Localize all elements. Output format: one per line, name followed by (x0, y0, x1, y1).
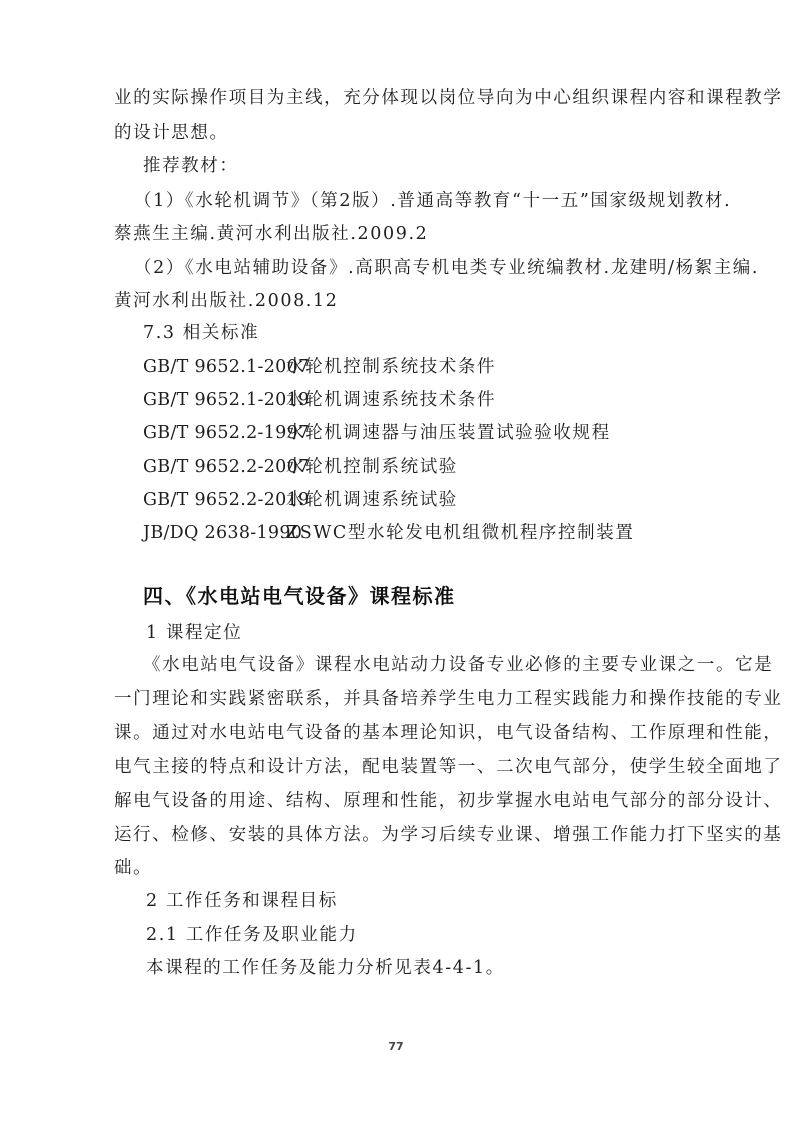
standard-item: GB/T 9652.2-2007水轮机控制系统试验 (143, 456, 458, 478)
subsection-heading: 2.1 工作任务及职业能力 (146, 924, 358, 946)
paragraph-line: 的设计思想。 (114, 122, 229, 144)
paragraph-line: 电气主接的特点和设计方法，配电装置等一、二次电气部分，使学生较全面地了 (114, 756, 783, 778)
standard-code: GB/T 9652.2-2019 (143, 489, 286, 511)
standard-code: GB/T 9652.2-2007 (143, 456, 286, 478)
paragraph-line: 课。通过对水电站电气设备的基本理论知识，电气设备结构、工作原理和性能， (114, 722, 783, 744)
textbook-item-2-line1: （2）《水电站辅助设备》.高职高专机电类专业统编教材.龙建明/杨絮主编. (134, 257, 759, 279)
document-page: 业的实际操作项目为主线，充分体现以岗位导向为中心组织课程内容和课程教学 的设计思… (0, 0, 792, 1122)
paragraph-line: 本课程的工作任务及能力分析见表4-4-1。 (146, 957, 505, 979)
standards-heading: 7.3 相关标准 (143, 322, 259, 344)
standard-title: 水轮机控制系统技术条件 (286, 357, 496, 377)
textbooks-label: 推荐教材： (143, 155, 239, 177)
textbook-item-2-line2: 黄河水利出版社.2008.12 (114, 290, 338, 312)
section-heading: 四、《水电站电气设备》课程标准 (143, 583, 456, 609)
standard-item: GB/T 9652.2-2019水轮机调速系统试验 (143, 489, 458, 511)
standard-title: 水轮机调速器与油压装置试验验收规程 (286, 423, 611, 443)
subsection-heading: 1 课程定位 (146, 622, 242, 644)
standard-title: 水轮机调速系统试验 (286, 490, 458, 510)
paragraph-line: 础。 (114, 857, 152, 879)
paragraph-line: 运行、检修、安装的具体方法。为学习后续专业课、增强工作能力打下坚实的基 (114, 824, 783, 846)
paragraph-line: 《水电站电气设备》课程水电站动力设备专业必修的主要专业课之一。它是 (143, 654, 773, 676)
standard-item: GB/T 9652.1-2019水轮机调速系统技术条件 (143, 389, 496, 411)
standard-title: 水轮机调速系统技术条件 (286, 390, 496, 410)
standard-code: JB/DQ 2638-1990 (143, 522, 286, 544)
standard-item: GB/T 9652.2-1997水轮机调速器与油压装置试验验收规程 (143, 422, 611, 444)
standard-code: GB/T 9652.2-1997 (143, 422, 286, 444)
standard-item: JB/DQ 2638-1990ZSWC型水轮发电机组微机程序控制装置 (143, 522, 634, 544)
standard-code: GB/T 9652.1-2007 (143, 356, 286, 378)
paragraph-line: 业的实际操作项目为主线，充分体现以岗位导向为中心组织课程内容和课程教学 (114, 87, 783, 109)
standard-item: GB/T 9652.1-2007水轮机控制系统技术条件 (143, 356, 496, 378)
standard-title: 水轮机控制系统试验 (286, 457, 458, 477)
textbook-item-1-line2: 蔡燕生主编.黄河水利出版社.2009.2 (114, 223, 428, 245)
standard-title: ZSWC型水轮发电机组微机程序控制装置 (286, 523, 634, 543)
textbook-item-1-line1: （1）《水轮机调节》（第2版）.普通高等教育“十一五”国家级规划教材. (134, 190, 731, 212)
subsection-heading: 2 工作任务和课程目标 (146, 890, 338, 912)
standard-code: GB/T 9652.1-2019 (143, 389, 286, 411)
paragraph-line: 一门理论和实践紧密联系，并具备培养学生电力工程实践能力和操作技能的专业 (114, 688, 783, 710)
paragraph-line: 解电气设备的用途、结构、原理和性能，初步掌握水电站电气部分的部分设计、 (114, 790, 783, 812)
page-number: 77 (0, 1040, 792, 1053)
